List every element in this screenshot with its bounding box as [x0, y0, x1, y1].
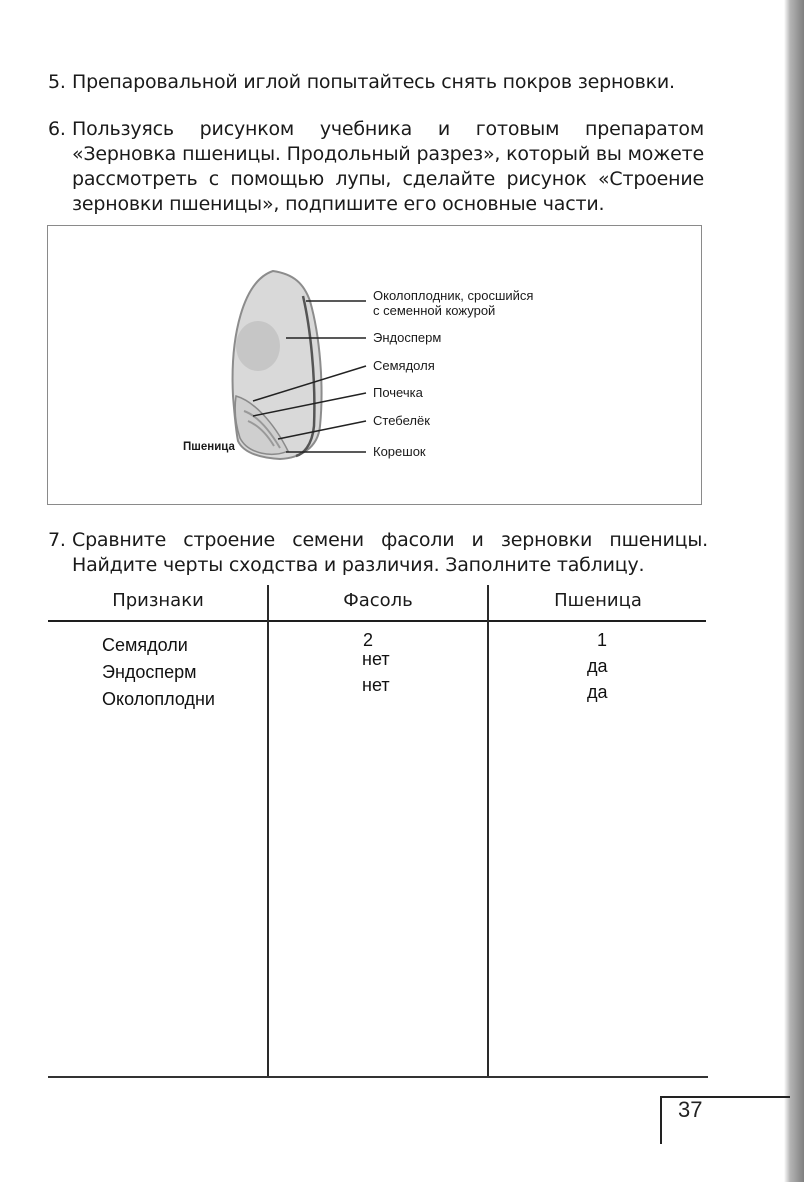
task-text: Препаровальной иглой попытайтесь снять п…	[72, 70, 708, 95]
figure-caption: Пшеница	[183, 440, 235, 455]
label-bud: Почечка	[373, 385, 423, 400]
task-7: 7. Сравните строение семени фасоли и зер…	[48, 528, 708, 578]
task-number: 6.	[48, 117, 66, 142]
table-header-rule	[48, 620, 706, 622]
column-header-bean: Фасоль	[268, 590, 488, 611]
table-cell-wheat: 1	[597, 627, 607, 653]
table-column-divider	[487, 585, 489, 1077]
wheat-grain-figure: Околоплодник, сросшийся с семенной кожур…	[47, 225, 702, 505]
label-cotyledon: Семядоля	[373, 358, 435, 373]
table-cell-wheat: да	[587, 679, 608, 705]
table-cell-wheat: да	[587, 653, 608, 679]
task-text: Сравните строение семени фасоли и зернов…	[72, 528, 708, 578]
table-cell-bean: нет	[362, 672, 390, 698]
label-endosperm: Эндосперм	[373, 330, 441, 345]
column-header-wheat: Пшеница	[488, 590, 708, 611]
endosperm-patch	[236, 321, 280, 371]
table-column-divider	[267, 585, 269, 1077]
task-text: Пользуясь рисунком учебника и готовым пр…	[72, 117, 704, 217]
label-stem: Стебелёк	[373, 413, 430, 428]
table-cell-bean: нет	[362, 646, 390, 672]
table-bottom-rule	[48, 1076, 708, 1078]
task-number: 5.	[48, 70, 66, 95]
column-header-features: Признаки	[48, 590, 268, 611]
task-number: 7.	[48, 528, 66, 553]
page-number: 37	[678, 1097, 702, 1123]
task-5: 5. Препаровальной иглой попытайтесь снят…	[48, 70, 708, 95]
scan-edge-shadow	[784, 0, 804, 1182]
page-number-rule	[660, 1096, 662, 1144]
table-cell-feature: Околоплодни	[102, 686, 215, 712]
label-pericarp: Околоплодник, сросшийся с семенной кожур…	[373, 288, 533, 318]
table-cell-feature: Семядоли	[102, 632, 188, 658]
table-cell-feature: Эндосперм	[102, 659, 197, 685]
task-6: 6. Пользуясь рисунком учебника и готовым…	[48, 117, 704, 217]
label-root: Корешок	[373, 444, 426, 459]
